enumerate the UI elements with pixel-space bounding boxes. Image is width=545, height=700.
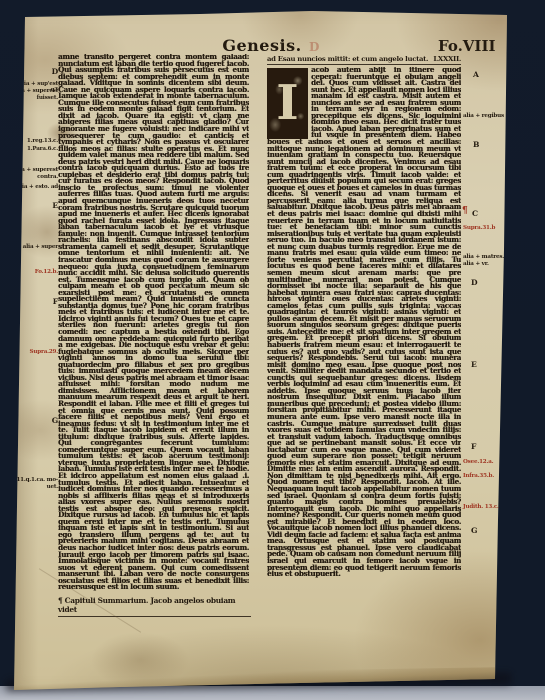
chapter-number: LXXXII. bbox=[433, 55, 461, 63]
printed-page: Genesis. Fo.VIII D ad Esau nuncios mitti… bbox=[0, 0, 545, 700]
margin-note: C bbox=[472, 211, 478, 217]
margin-note: Judith. 13.c. bbox=[463, 504, 499, 510]
margin-note: alia + super bbox=[14, 244, 58, 250]
margin-note: D bbox=[14, 69, 58, 75]
margin-note: fuisset. bbox=[14, 95, 58, 101]
margin-note: Supra.31.b bbox=[463, 225, 495, 231]
margin-note: G bbox=[14, 418, 58, 424]
chapter-heading-text: ad Esau nuncios mittit: et cum angelo lu… bbox=[267, 55, 428, 63]
margin-note: alia + matres. bbox=[463, 254, 504, 260]
margin-note: G bbox=[471, 528, 477, 534]
right-column-body: acob autem abijt in itinere quod ceperat… bbox=[267, 67, 461, 578]
margin-note: 1.reg.13.c. bbox=[14, 138, 58, 144]
woodcut-initial: I bbox=[267, 68, 308, 139]
margin-note: alia + vr. bbox=[463, 261, 489, 267]
margin-note: E bbox=[14, 203, 58, 209]
margin-note: alia + superest bbox=[14, 88, 58, 94]
margin-note: A bbox=[473, 72, 479, 78]
margin-note: Fo.12.b. bbox=[14, 269, 58, 275]
margin-note: 11.q.1.ca. mo- bbox=[14, 477, 58, 483]
margin-note: contra. bbox=[14, 174, 58, 180]
margin-note: alia + esto. ad bbox=[14, 184, 58, 190]
photo-of-incunable-leaf: Genesis. Fo.VIII D ad Esau nuncios mitti… bbox=[0, 0, 545, 700]
margin-note: F bbox=[471, 444, 476, 450]
margin-note: E bbox=[471, 362, 477, 368]
margin-note: Osee.12.a. bbox=[463, 459, 493, 465]
show-through-mark: D bbox=[309, 40, 319, 54]
margin-note: B bbox=[473, 142, 479, 148]
chapter-heading: ad Esau nuncios mittit: et cum angelo lu… bbox=[267, 55, 461, 65]
margin-note: alia + regibus bbox=[463, 113, 504, 119]
margin-note: uet. bbox=[14, 484, 58, 490]
right-text-column: Iacob autem abijt in itinere quod cepera… bbox=[267, 67, 461, 601]
margin-note: ¶ bbox=[462, 208, 468, 214]
left-text-column: amne transito pergeret contra montem gal… bbox=[58, 54, 249, 592]
folio-number: Fo.VIII bbox=[438, 37, 495, 55]
margin-note: Supra.29. bbox=[14, 349, 58, 355]
margin-note: 1.Para.6.c. bbox=[14, 146, 58, 152]
margin-note: Infra.35.b. bbox=[463, 473, 494, 479]
margin-note: F bbox=[14, 299, 58, 305]
margin-note: alia + superest bbox=[14, 167, 58, 173]
margin-note: D bbox=[471, 280, 477, 286]
